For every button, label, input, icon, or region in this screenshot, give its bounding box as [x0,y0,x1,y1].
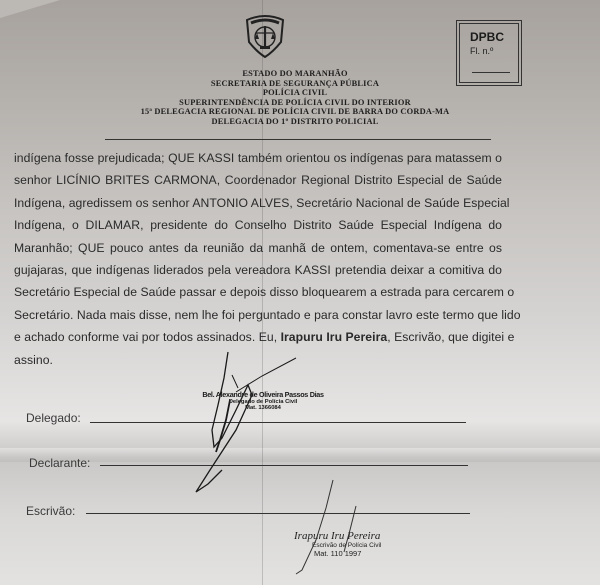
escrivao-stamp: Irapuru Iru Pereira Escrivão de Polícia … [294,530,414,558]
text-line: Maranhão; QUE pouco antes da reunião da … [14,237,502,259]
delegado-label: Delegado: [26,411,81,425]
declarante-signature-line [100,465,468,466]
header-rule [105,139,491,140]
delegado-name: Bel. Alexandre de Oliveira Passos Dias [193,390,333,399]
stamp-title: DPBC [470,30,504,44]
testimony-text: indígena fosse prejudicada; QUE KASSI ta… [14,147,502,371]
escrivao-name: Irapuru Iru Pereira [294,530,414,542]
escrivao-label: Escrivão: [26,504,75,518]
stamp-field-line [472,72,510,73]
stamp-field-label: Fl. n.º [470,46,493,56]
text-line: Indígena, agredissem os senhor ANTONIO A… [14,192,502,214]
escrivao-mat: Mat. 110 1997 [314,549,414,558]
header-district-delegacy: DELEGACIA DO 1º DISTRITO POLICIAL [130,117,460,127]
clerk-name: Irapuru Iru Pereira [281,330,388,344]
header-state: ESTADO DO MARANHÃO [130,69,460,79]
text-line: Secretário Especial de Saúde passar e de… [14,281,502,303]
document-page: ESTADO DO MARANHÃO SECRETARIA DE SEGURAN… [0,0,600,585]
delegado-mat: Mat. 1366084 [193,405,333,411]
text-line: indígena fosse prejudicada; QUE KASSI ta… [14,147,502,169]
header-superintendence: SUPERINTENDÊNCIA DE POLÍCIA CIVIL DO INT… [130,98,460,108]
delegado-signature-line [90,422,466,423]
page-corner [0,0,60,18]
declarante-label: Declarante: [29,456,90,470]
text-line: assino. [14,349,502,371]
police-badge-icon [243,12,287,58]
delegado-stamp: Bel. Alexandre de Oliveira Passos Dias D… [193,390,333,411]
text-line: senhor LICÍNIO BRITES CARMONA, Coordenad… [14,169,502,191]
page-number-stamp: DPBC Fl. n.º [456,20,522,86]
header-regional-delegacy: 15ª DELEGACIA REGIONAL DE POLÍCIA CIVIL … [130,107,460,117]
text-line: Indígena, o DILAMAR, presidente do Conse… [14,214,502,236]
text-fragment: e achado conforme vai por todos assinado… [14,330,281,344]
header-police: POLÍCIA CIVIL [130,88,460,98]
escrivao-signature-line [86,513,470,514]
text-line: e achado conforme vai por todos assinado… [14,326,502,348]
text-line: Secretário. Nada mais disse, nem lhe foi… [14,304,502,326]
header-secretariat: SECRETARIA DE SEGURANÇA PÚBLICA [130,79,460,89]
document-header: ESTADO DO MARANHÃO SECRETARIA DE SEGURAN… [130,69,460,126]
text-fragment: , Escrivão, que digitei e [387,330,514,344]
text-line: gujajaras, que indígenas liderados pela … [14,259,502,281]
escrivao-role: Escrivão de Polícia Civil [312,542,414,549]
